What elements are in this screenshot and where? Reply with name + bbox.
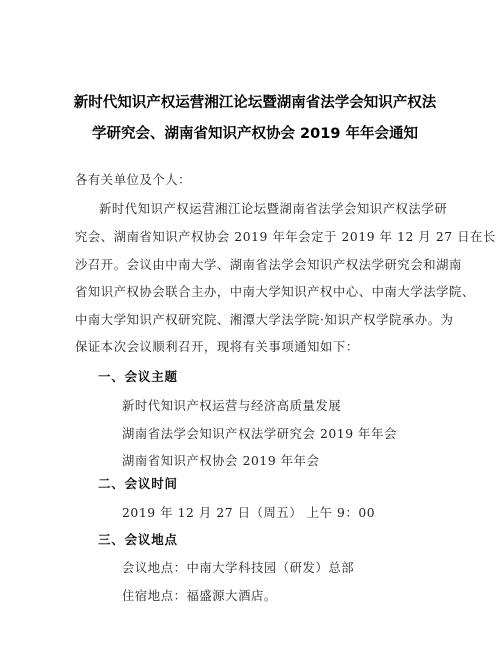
document-title-line-2: 学研究会、湖南省知识产权协会 2019 年年会通知 (60, 122, 450, 143)
accommodation-venue: 住宿地点：福盛源大酒店。 (122, 586, 277, 604)
intro-paragraph-line: 沙召开。会议由中南大学、湖南省法学会知识产权法学研究会和湖南 (75, 255, 450, 273)
document-page: 新时代知识产权运营湘江论坛暨湖南省法学会知识产权法 学研究会、湖南省知识产权协会… (0, 0, 500, 652)
section-heading-time: 二、会议时间 (98, 474, 178, 492)
intro-paragraph-line: 新时代知识产权运营湘江论坛暨湖南省法学会知识产权法学研 (99, 199, 474, 217)
theme-item: 新时代知识产权运营与经济高质量发展 (122, 396, 341, 414)
intro-paragraph-line: 省知识产权协会联合主办，中南大学知识产权中心、中南大学法学院、 (75, 282, 450, 300)
meeting-time: 2019 年 12 月 27 日（周五） 上午 9：00 (122, 503, 375, 521)
intro-paragraph-line: 中南大学知识产权研究院、湘潭大学法学院·知识产权学院承办。为 (75, 310, 450, 328)
meeting-venue: 会议地点：中南大学科技园（研发）总部 (122, 558, 354, 576)
document-title-line-1: 新时代知识产权运营湘江论坛暨湖南省法学会知识产权法 (60, 91, 450, 112)
section-heading-theme: 一、会议主题 (98, 367, 178, 385)
intro-paragraph-line: 保证本次会议顺利召开，现将有关事项通知如下： (75, 337, 450, 355)
theme-item: 湖南省法学会知识产权法学研究会 2019 年年会 (122, 424, 397, 442)
salutation: 各有关单位及个人： (75, 170, 191, 188)
section-heading-location: 三、会议地点 (98, 530, 178, 548)
intro-paragraph-line: 究会、湖南省知识产权协会 2019 年年会定于 2019 年 12 月 27 日… (75, 227, 450, 245)
theme-item: 湖南省知识产权协会 2019 年年会 (122, 451, 319, 469)
